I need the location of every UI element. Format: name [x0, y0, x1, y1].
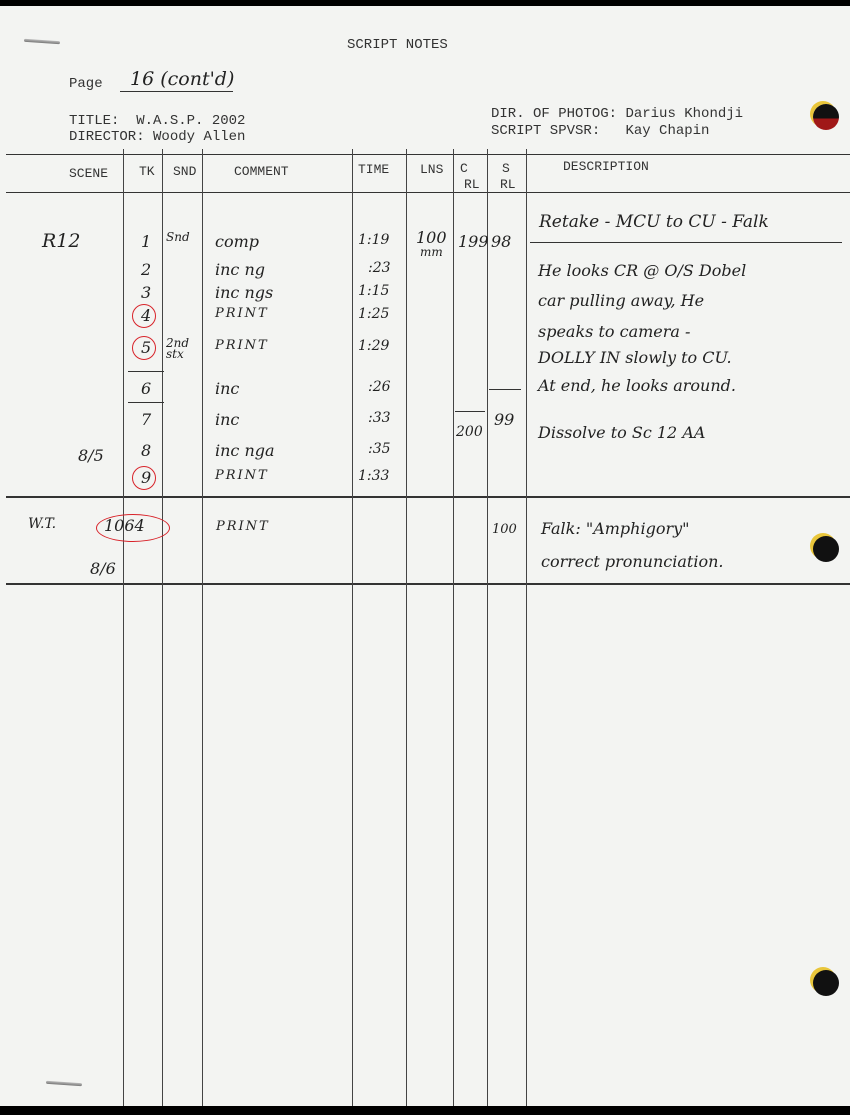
take-time: 1:25: [358, 306, 389, 322]
col-header-snd: SND: [173, 164, 196, 179]
block2-bottom-rule: [6, 583, 850, 585]
title-value: W.A.S.P. 2002: [136, 113, 245, 129]
take-comment: inc: [215, 410, 239, 429]
description-heading-rule: [530, 242, 842, 243]
print-circle-icon: [132, 304, 156, 328]
col-header-tk: TK: [139, 164, 155, 179]
page-number: 16 (cont'd): [130, 68, 234, 90]
director-field: DIRECTOR: Woody Allen: [69, 129, 245, 145]
take-comment: PRINT: [215, 338, 269, 353]
page-label: Page: [69, 76, 103, 92]
take-comment: inc nga: [215, 441, 275, 460]
description-line: correct pronunciation.: [541, 552, 723, 571]
col-header-description: DESCRIPTION: [563, 159, 649, 174]
description-line: Dissolve to Sc 12 AA: [538, 423, 705, 442]
take-time: :23: [368, 260, 391, 276]
col-header-c-rl-bottom: RL: [464, 177, 480, 192]
form-title: SCRIPT NOTES: [347, 37, 448, 53]
description-line: At end, he looks around.: [538, 376, 736, 395]
take-sound: Snd: [166, 232, 202, 243]
director-value: Woody Allen: [153, 129, 245, 145]
staple-mark-bottom: [46, 1081, 82, 1087]
col-divider: [202, 149, 203, 1106]
take-time: :26: [368, 379, 391, 395]
take-time: :35: [368, 441, 391, 457]
take-divider: [128, 371, 164, 372]
script-notes-page: SCRIPT NOTES Page 16 (cont'd) TITLE: W.A…: [0, 6, 850, 1106]
supervisor-value: Kay Chapin: [625, 123, 709, 139]
col-divider: [352, 149, 353, 1106]
take-time: 1:15: [358, 283, 389, 299]
punch-hole-icon: [813, 970, 839, 996]
dop-field: DIR. OF PHOTOG: Darius Khondji: [491, 106, 743, 122]
take-time: 1:29: [358, 338, 389, 354]
wild-track-take: 1064: [104, 516, 145, 535]
description-line: speaks to camera -: [538, 322, 690, 341]
take-number: 7: [141, 410, 151, 429]
col-divider: [162, 149, 163, 1106]
col-header-lns: LNS: [420, 162, 443, 177]
take-time: 1:33: [358, 468, 389, 484]
print-circle-icon: [132, 466, 156, 490]
col-header-comment: COMMENT: [234, 164, 289, 179]
col-divider: [406, 149, 407, 1106]
take-time: 1:19: [358, 232, 389, 248]
take-number: 3: [141, 283, 151, 302]
camera-roll-value: 199: [458, 232, 489, 251]
col-header-time: TIME: [358, 162, 389, 177]
take-comment: PRINT: [215, 306, 269, 321]
take-comment: inc: [215, 379, 239, 398]
page-underline: [120, 91, 233, 92]
description-line: Falk: "Amphigory": [541, 519, 690, 538]
description-line: He looks CR @ O/S Dobel: [538, 261, 746, 280]
dop-value: Darius Khondji: [625, 106, 743, 122]
table-top-rule: [6, 154, 850, 155]
col-header-s-rl-top: S: [502, 161, 510, 176]
sound-roll-value: 98: [491, 232, 511, 251]
take-number: 6: [141, 379, 151, 398]
director-label: DIRECTOR:: [69, 129, 145, 145]
take-time: :33: [368, 410, 391, 426]
take-sound: 2nd stx: [166, 338, 202, 360]
wild-track-sound-roll: 100: [492, 522, 517, 537]
col-divider: [487, 149, 488, 1106]
take-comment: comp: [215, 232, 259, 251]
punch-hole-icon: [813, 104, 839, 130]
take-comment: inc ngs: [215, 283, 273, 302]
take-number: 8: [141, 441, 151, 460]
description-line: DOLLY IN slowly to CU.: [538, 348, 732, 367]
scene-number: R12: [42, 230, 80, 252]
supervisor-label: SCRIPT SPVSR:: [491, 123, 600, 139]
wild-track-comment: PRINT: [216, 519, 270, 534]
take-comment: PRINT: [215, 468, 269, 483]
lens-unit: mm: [420, 245, 443, 259]
shoot-date: 8/5: [78, 446, 104, 465]
camera-roll-divider: [455, 411, 485, 412]
col-divider: [453, 149, 454, 1106]
take-comment: inc ng: [215, 260, 265, 279]
col-divider: [123, 149, 124, 1106]
take-number: 1: [141, 232, 151, 251]
take-number: 2: [141, 260, 151, 279]
col-header-s-rl-bottom: RL: [500, 177, 516, 192]
camera-roll-next: 200: [456, 424, 483, 440]
supervisor-field: SCRIPT SPVSR: Kay Chapin: [491, 123, 709, 139]
dop-label: DIR. OF PHOTOG:: [491, 106, 617, 122]
col-divider: [526, 149, 527, 1106]
description-line: car pulling away, He: [538, 291, 704, 310]
wild-track-scene: W.T.: [28, 516, 56, 532]
block1-bottom-rule: [6, 496, 850, 498]
header-bottom-rule: [6, 192, 850, 193]
print-circle-icon: [132, 336, 156, 360]
title-label: TITLE:: [69, 113, 119, 129]
punch-hole-icon: [813, 536, 839, 562]
description-heading: Retake - MCU to CU - Falk: [539, 212, 769, 232]
take-divider: [128, 402, 164, 403]
staple-mark-top: [24, 39, 60, 45]
sound-roll-next: 99: [494, 410, 514, 429]
sound-roll-divider: [489, 389, 521, 390]
col-header-c-rl-top: C: [460, 161, 468, 176]
wild-track-date: 8/6: [90, 559, 116, 578]
title-field: TITLE: W.A.S.P. 2002: [69, 113, 245, 129]
col-header-scene: SCENE: [69, 166, 108, 181]
